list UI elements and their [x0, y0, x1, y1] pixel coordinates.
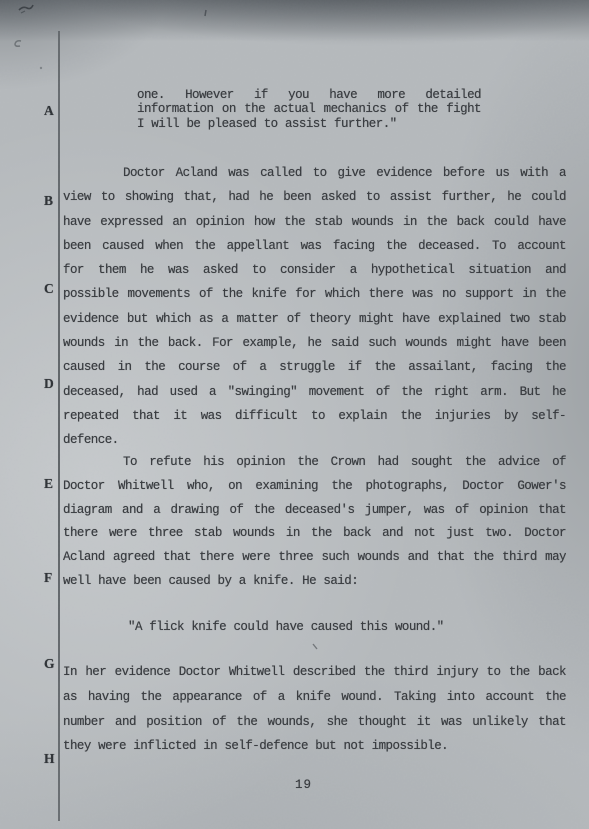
text-line: well have been caused by a knife. He sai…	[63, 570, 566, 594]
text-line: have expressed an opinion how the stab w…	[63, 210, 566, 234]
text-line: Doctor Whitwell who, on examining the ph…	[63, 475, 566, 499]
scan-mark	[311, 643, 320, 651]
text-line: one. However if you have more detailed	[137, 88, 481, 102]
scan-mark	[17, 1, 35, 14]
text-line: caused in the course of a struggle if th…	[63, 355, 566, 379]
margin-letter-f: F	[44, 571, 60, 585]
margin-letter-c: C	[44, 282, 60, 296]
text-line: there were three stab wounds in the back…	[63, 522, 566, 546]
text-line: evidence but which as a matter of theory…	[63, 307, 566, 331]
scan-mark	[203, 9, 209, 17]
paragraph-her-evidence: In her evidence Doctor Whitwell describe…	[63, 660, 566, 759]
margin-rule	[58, 31, 60, 821]
text-line: wounds in the back. For example, he said…	[63, 331, 566, 355]
margin-letter-a: A	[44, 104, 60, 118]
text-line: they were inflicted in self-defence but …	[63, 734, 566, 759]
text-line: Doctor Acland was called to give evidenc…	[63, 161, 566, 185]
paragraph-acland: Doctor Acland was called to give evidenc…	[63, 161, 566, 453]
text-line: information on the actual mechanics of t…	[137, 102, 481, 116]
margin-letter-e: E	[44, 477, 60, 491]
paragraph-whitwell: To refute his opinion the Crown had soug…	[63, 451, 566, 594]
text-line: diagram and a drawing of the deceased's …	[63, 499, 566, 523]
text-line: In her evidence Doctor Whitwell describe…	[63, 660, 566, 685]
text-line: possible movements of the knife for whic…	[63, 282, 566, 306]
scan-mark	[12, 38, 24, 49]
page-number: 19	[295, 778, 312, 792]
text-line: To refute his opinion the Crown had soug…	[63, 451, 566, 475]
text-line: been caused when the appellant was facin…	[63, 234, 566, 258]
text-line: "A flick knife could have caused this wo…	[128, 620, 468, 634]
text-line: as having the appearance of a knife woun…	[63, 685, 566, 710]
margin-letter-g: G	[44, 657, 60, 671]
text-line: view to showing that, had he been asked …	[63, 185, 566, 209]
margin-letter-d: D	[44, 377, 60, 391]
margin-letter-h: H	[44, 752, 60, 766]
text-line: Acland agreed that there were three such…	[63, 546, 566, 570]
text-line: I will be pleased to assist further."	[137, 117, 481, 131]
text-line: number and position of the wounds, she t…	[63, 710, 566, 735]
text-line: defence.	[63, 428, 566, 452]
margin-letter-b: B	[44, 194, 60, 208]
scanned-page: A B C D E F G H one. However if you have…	[0, 0, 589, 829]
flick-knife-quote: "A flick knife could have caused this wo…	[128, 620, 468, 634]
text-line: for them he was asked to consider a hypo…	[63, 258, 566, 282]
opening-quote: one. However if you have more detailed i…	[137, 88, 481, 131]
text-line: repeated that it was difficult to explai…	[63, 404, 566, 428]
scan-mark	[39, 66, 43, 70]
text-line: deceased, had used a "swinging" movement…	[63, 380, 566, 404]
